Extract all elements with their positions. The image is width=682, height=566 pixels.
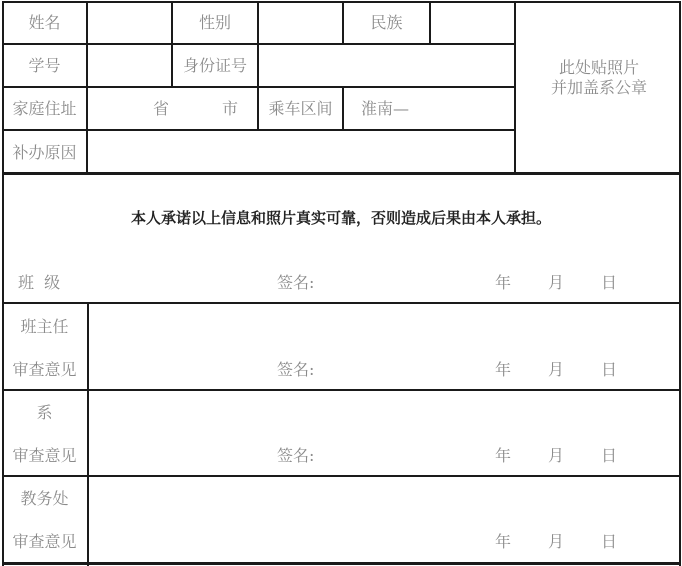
review-dept-label-1: 系: [2, 403, 87, 423]
gender-field[interactable]: [259, 3, 342, 43]
review-dept-month: 月: [548, 446, 564, 466]
review-academic-field[interactable]: [90, 477, 679, 562]
review-teacher-label-2: 审查意见: [2, 360, 87, 380]
id-number-label: 身份证号: [172, 56, 258, 76]
id-number-field[interactable]: [259, 45, 514, 86]
section-line-5: [2, 562, 681, 565]
promise-sign-label: 签名:: [277, 273, 314, 293]
route-value[interactable]: 淮南—: [361, 99, 409, 119]
promise-month: 月: [548, 273, 564, 293]
review-teacher-sign: 签名:: [277, 360, 314, 380]
review-dept-day: 日: [601, 446, 617, 466]
address-label: 家庭住址: [2, 99, 87, 119]
review-academic-year: 年: [495, 532, 511, 552]
review-academic-label-1: 教务处: [2, 489, 87, 509]
ethnicity-field[interactable]: [431, 3, 514, 43]
promise-statement: 本人承诺以上信息和照片真实可靠，否则造成后果由本人承担。: [0, 207, 682, 228]
review-dept-year: 年: [495, 446, 511, 466]
review-academic-label-2: 审查意见: [2, 532, 87, 552]
review-academic-month: 月: [548, 532, 564, 552]
name-label: 姓名: [2, 13, 87, 33]
reason-label: 补办原因: [2, 143, 87, 163]
review-teacher-year: 年: [495, 360, 511, 380]
address-field[interactable]: [88, 88, 257, 129]
col-line-photo: [514, 1, 516, 174]
review-academic-day: 日: [601, 532, 617, 552]
section-line-1: [2, 172, 681, 175]
row-line-2: [2, 86, 516, 88]
review-label-divider: [87, 302, 89, 566]
review-teacher-month: 月: [548, 360, 564, 380]
review-teacher-field[interactable]: [90, 304, 679, 389]
promise-year: 年: [495, 273, 511, 293]
name-field[interactable]: [88, 3, 171, 43]
reason-field[interactable]: [88, 131, 514, 172]
review-teacher-label-1: 班主任: [2, 317, 87, 337]
review-dept-label-2: 审查意见: [2, 446, 87, 466]
route-label: 乘车区间: [258, 99, 343, 119]
gender-label: 性别: [172, 13, 258, 33]
review-dept-sign: 签名:: [277, 446, 314, 466]
class-label: 班 级: [18, 273, 60, 293]
promise-day: 日: [601, 273, 617, 293]
review-teacher-day: 日: [601, 360, 617, 380]
photo-area: 此处贴照片 并加盖系公章: [517, 58, 681, 98]
photo-note-line1: 此处贴照片: [517, 58, 681, 78]
student-id-field[interactable]: [88, 45, 171, 86]
review-dept-field[interactable]: [90, 391, 679, 475]
ethnicity-label: 民族: [343, 13, 430, 33]
student-id-label: 学号: [2, 56, 87, 76]
photo-note-line2: 并加盖系公章: [517, 78, 681, 98]
